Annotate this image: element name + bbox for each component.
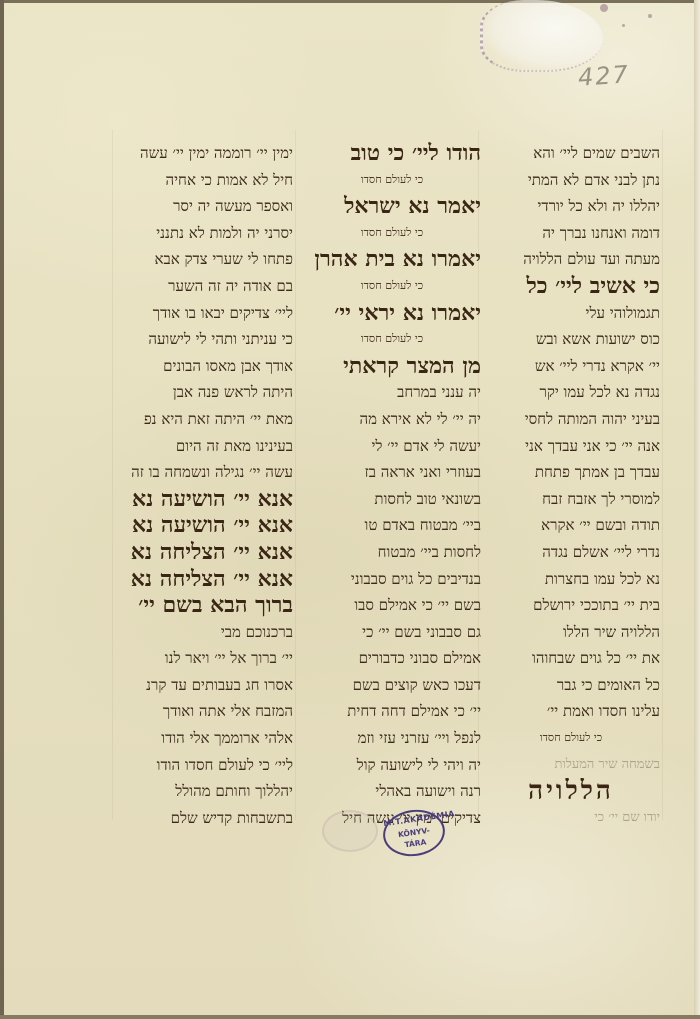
text-line: בעינינו מאת זה היום bbox=[115, 433, 293, 460]
text-line: נא לכל עמו בחצרות bbox=[482, 566, 660, 593]
text-line: יעשה לי אדם יי׳ לי bbox=[303, 433, 481, 460]
text-line: לחסות ביי׳ מבטוח bbox=[303, 539, 481, 566]
page-edge-left bbox=[0, 0, 4, 1019]
text-line: יהללו יה ולא כל יורדי bbox=[482, 193, 660, 220]
text-line: בנדיבים כל גוים סבבוני bbox=[303, 566, 481, 593]
text-line: נדרי ליי׳ אשלם נגדה bbox=[482, 539, 660, 566]
text-line: בעיני יהוה המותה לחסי bbox=[482, 406, 660, 433]
text-line: יי׳ אקרא נדרי ליי׳ אש bbox=[482, 353, 660, 380]
page-edge-top bbox=[0, 0, 700, 3]
text-line: נגדה נא לכל עמו יקר bbox=[482, 379, 660, 406]
water-stain bbox=[480, 0, 603, 72]
column-ruling bbox=[295, 130, 296, 820]
text-line: יהללוך וחותם מהולל bbox=[115, 778, 293, 805]
text-line: יה יי׳ לי לא אירא מה bbox=[303, 406, 481, 433]
text-line: חיל לא אמות כי אחיה bbox=[115, 167, 293, 194]
column-ruling bbox=[662, 130, 663, 820]
text-line: יה ענני במרחב bbox=[303, 379, 481, 406]
text-line: ברוך הבא בשם יי׳ bbox=[115, 592, 293, 619]
text-line: עשה יי׳ נגילה ונשמחה בו זה bbox=[115, 459, 293, 486]
text-line: ואספר מעשה יה יסר bbox=[115, 193, 293, 220]
text-line: רנה וישועה באהלי bbox=[303, 778, 481, 805]
text-line: יודו שם יי׳ כי bbox=[482, 805, 660, 832]
text-line: אסרו חג בעבותים עד קרנ bbox=[115, 672, 293, 699]
text-line: אנה יי׳ כי אני עבדך אני bbox=[482, 433, 660, 460]
text-line: בשם יי׳ כי אמילם סבו bbox=[303, 592, 481, 619]
text-line: כי לעולם חסדו bbox=[303, 273, 481, 300]
text-line: אודך אבן מאסו הבונים bbox=[115, 353, 293, 380]
text-line: מן המצר קראתי bbox=[303, 353, 481, 380]
text-line: יאמרו נא בית אהרן bbox=[303, 246, 481, 273]
text-line: בית יי׳ בתוככי ירושלם bbox=[482, 592, 660, 619]
text-column-right: השבים שמים ליי׳ והאנתן לבני אדם לא המתיי… bbox=[482, 140, 660, 831]
text-line: את יי׳ כל גוים שבחוהו bbox=[482, 645, 660, 672]
text-line: יי׳ ברוך אל יי׳ ויאר לנו bbox=[115, 645, 293, 672]
text-line: כי לעולם חסדו bbox=[303, 220, 481, 247]
stain-dot bbox=[622, 24, 625, 27]
text-line: כי אשיב ליי׳ כל bbox=[482, 273, 660, 300]
text-line: ברכנוכם מבי bbox=[115, 619, 293, 646]
text-line: כל האומים כי גבר bbox=[482, 672, 660, 699]
text-line: לנפל ויי׳ עזרני עזי וזמ bbox=[303, 725, 481, 752]
text-line: השבים שמים ליי׳ והא bbox=[482, 140, 660, 167]
text-column-middle: הודו ליי׳ כי טובכי לעולם חסדויאמר נא ישר… bbox=[303, 140, 481, 831]
text-line: דומה ואנחנו נברך יה bbox=[482, 220, 660, 247]
text-line: בשונאי טוב לחסות bbox=[303, 486, 481, 513]
page-edge-right bbox=[694, 0, 700, 1019]
text-line: אנא יי׳ הושיעה נא bbox=[115, 486, 293, 513]
text-line: אמילם סבוני כדבורים bbox=[303, 645, 481, 672]
text-line: עלינו חסדו ואמת יי׳ bbox=[482, 698, 660, 725]
column-ruling bbox=[112, 130, 113, 820]
text-line: תודה ובשם יי׳ אקרא bbox=[482, 512, 660, 539]
text-line: ליי׳ כי לעולם חסדו הודו bbox=[115, 752, 293, 779]
text-line: אלהי ארוממך אלי הודו bbox=[115, 725, 293, 752]
text-line: בם אודה יה זה השער bbox=[115, 273, 293, 300]
text-line: למוסרי לך אזבח זבח bbox=[482, 486, 660, 513]
faded-stamp bbox=[322, 810, 378, 852]
text-line: כוס ישועות אשא ובש bbox=[482, 326, 660, 353]
text-line: מאת יי׳ היתה זאת היא נפ bbox=[115, 406, 293, 433]
text-line: מעתה ועד עולם הללויה bbox=[482, 246, 660, 273]
text-line: אנא יי׳ הצליחה נא bbox=[115, 566, 293, 593]
text-line: יי׳ כי אמילם דחה דחית bbox=[303, 698, 481, 725]
text-line: הודו ליי׳ כי טוב bbox=[303, 140, 481, 167]
text-line: כי לעולם חסדו bbox=[303, 167, 481, 194]
page-edge-bottom bbox=[0, 1015, 700, 1019]
folio-number: 427 bbox=[577, 60, 631, 92]
text-line: היתה לראש פנה אבן bbox=[115, 379, 293, 406]
text-line: המזבח אלי אתה ואודך bbox=[115, 698, 293, 725]
text-line: נתן לבני אדם לא המתי bbox=[482, 167, 660, 194]
text-line: עבדך בן אמתך פתחת bbox=[482, 459, 660, 486]
manuscript-page: 427 השבים שמים ליי׳ והאנתן לבני אדם לא ה… bbox=[0, 0, 700, 1019]
stain-dot bbox=[648, 14, 652, 18]
text-line: כי עניתני ותהי לי לישועה bbox=[115, 326, 293, 353]
text-line: בעוזרי ואני אראה בז bbox=[303, 459, 481, 486]
text-column-left: ימין יי׳ רוממה ימין יי׳ עשהחיל לא אמות כ… bbox=[115, 140, 293, 831]
text-line: הללויה bbox=[482, 778, 660, 805]
text-line: יאמר נא ישראל bbox=[303, 193, 481, 220]
text-line: אנא יי׳ הצליחה נא bbox=[115, 539, 293, 566]
text-line: ביי׳ מבטוח באדם טו bbox=[303, 512, 481, 539]
text-line: כי לעולם חסדו bbox=[303, 326, 481, 353]
text-line: בתשבחות קדיש שלם bbox=[115, 805, 293, 832]
text-line: יה ויהי לי לישועה קול bbox=[303, 752, 481, 779]
text-line: ימין יי׳ רוממה ימין יי׳ עשה bbox=[115, 140, 293, 167]
text-line: ליי׳ צדיקים יבאו בו אודך bbox=[115, 300, 293, 327]
text-line: פתחו לי שערי צדק אבא bbox=[115, 246, 293, 273]
text-line: אנא יי׳ הושיעה נא bbox=[115, 512, 293, 539]
stain-dot bbox=[600, 4, 608, 12]
text-line: תגמולוהי עלי bbox=[482, 300, 660, 327]
text-line: הללויה שיר הללו bbox=[482, 619, 660, 646]
text-line: בשמחה שיר המעלות bbox=[482, 752, 660, 779]
text-line: דעכו כאש קוצים בשם bbox=[303, 672, 481, 699]
text-line: גם סבבוני בשם יי׳ כי bbox=[303, 619, 481, 646]
text-line: כי לעולם חסדו bbox=[482, 725, 660, 752]
text-line: יסרני יה ולמות לא נתנני bbox=[115, 220, 293, 247]
text-line: יאמרו נא יראי יי׳ bbox=[303, 300, 481, 327]
